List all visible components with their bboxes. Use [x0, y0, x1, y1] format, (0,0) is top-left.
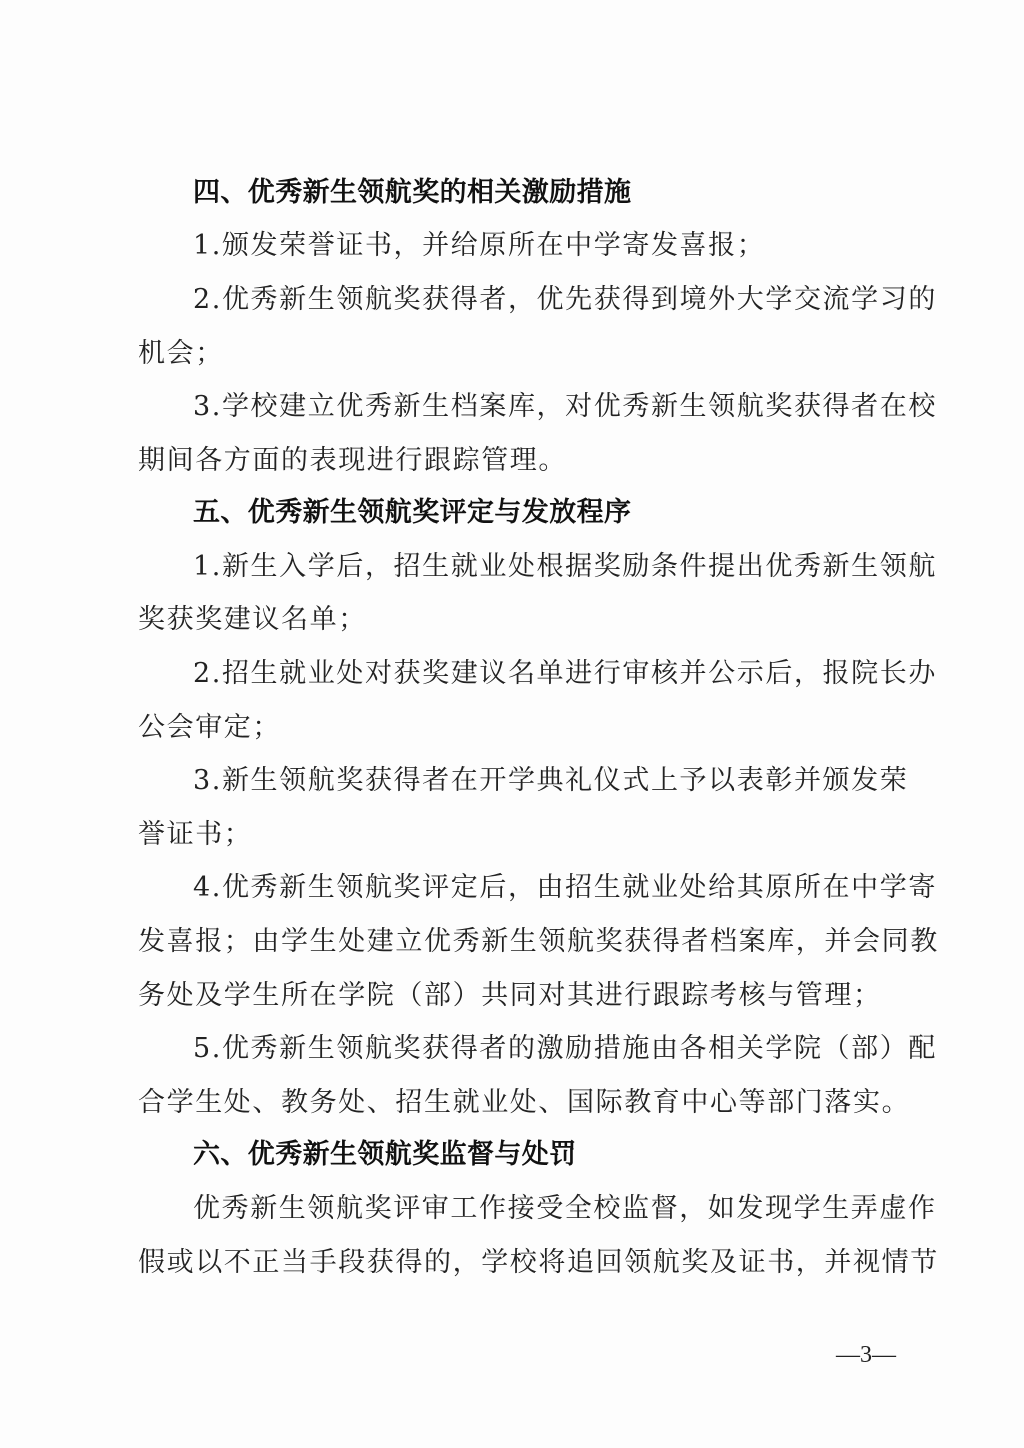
section-heading: 五、优秀新生领航奖评定与发放程序 — [193, 493, 898, 533]
paragraph-line: 公会审定； — [138, 708, 898, 748]
section-heading: 六、优秀新生领航奖监督与处罚 — [193, 1135, 898, 1175]
paragraph-line: 假或以不正当手段获得的，学校将追回领航奖及证书，并视情节 — [138, 1243, 898, 1283]
paragraph-line: 2.招生就业处对获奖建议名单进行审核并公示后，报院长办 — [193, 654, 898, 694]
section-heading: 四、优秀新生领航奖的相关激励措施 — [193, 173, 898, 213]
paragraph-line: 4.优秀新生领航奖评定后，由招生就业处给其原所在中学寄 — [193, 868, 898, 908]
paragraph-line: 1.新生入学后，招生就业处根据奖励条件提出优秀新生领航 — [193, 547, 898, 587]
document-page: 四、优秀新生领航奖的相关激励措施1.颁发荣誉证书，并给原所在中学寄发喜报；2.优… — [0, 0, 1024, 1448]
page-number: —3— — [836, 1342, 896, 1369]
paragraph-line: 誉证书； — [138, 815, 898, 855]
paragraph-line: 3.学校建立优秀新生档案库，对优秀新生领航奖获得者在校 — [193, 387, 898, 427]
paragraph-line: 3.新生领航奖获得者在开学典礼仪式上予以表彰并颁发荣 — [193, 761, 898, 801]
paragraph-line: 发喜报；由学生处建立优秀新生领航奖获得者档案库，并会同教 — [138, 922, 898, 962]
paragraph-line: 期间各方面的表现进行跟踪管理。 — [138, 441, 898, 481]
paragraph-line: 2.优秀新生领航奖获得者，优先获得到境外大学交流学习的 — [193, 280, 898, 320]
paragraph-line: 5.优秀新生领航奖获得者的激励措施由各相关学院（部）配 — [193, 1029, 898, 1069]
paragraph-line: 奖获奖建议名单； — [138, 600, 898, 640]
paragraph-line: 机会； — [138, 334, 898, 374]
paragraph-line: 优秀新生领航奖评审工作接受全校监督，如发现学生弄虚作 — [193, 1189, 898, 1229]
paragraph-line: 合学生处、教务处、招生就业处、国际教育中心等部门落实。 — [138, 1083, 898, 1123]
paragraph-line: 1.颁发荣誉证书，并给原所在中学寄发喜报； — [193, 226, 898, 266]
paragraph-line: 务处及学生所在学院（部）共同对其进行跟踪考核与管理； — [138, 976, 898, 1016]
